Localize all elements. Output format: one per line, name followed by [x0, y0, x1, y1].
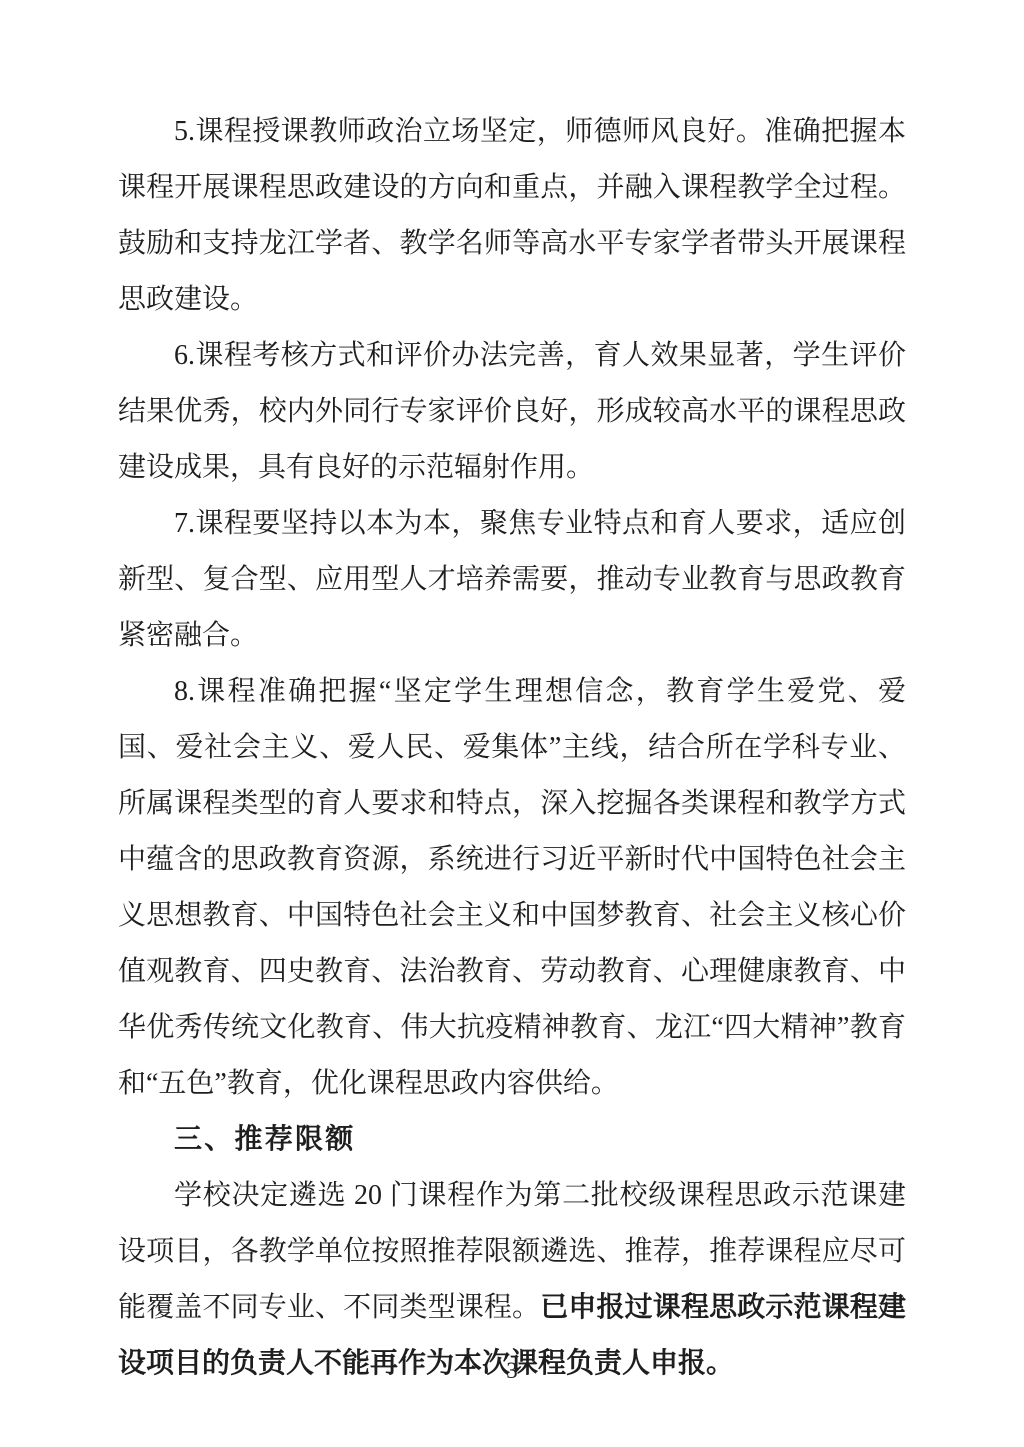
document-page: 5.课程授课教师政治立场坚定，师德师风良好。准确把握本课程开展课程思政建设的方向… [0, 0, 1024, 1447]
section-heading-recommendation-quota: 三、推荐限额 [118, 1112, 906, 1168]
page-number: 3 [0, 1356, 1024, 1386]
paragraph-item-8: 8.课程准确把握“坚定学生理想信念，教育学生爱党、爱国、爱社会主义、爱人民、爱集… [118, 664, 906, 1112]
paragraph-item-5: 5.课程授课教师政治立场坚定，师德师风良好。准确把握本课程开展课程思政建设的方向… [118, 104, 906, 328]
paragraph-item-7: 7.课程要坚持以本为本，聚焦专业特点和育人要求，适应创新型、复合型、应用型人才培… [118, 496, 906, 664]
document-body: 5.课程授课教师政治立场坚定，师德师风良好。准确把握本课程开展课程思政建设的方向… [118, 104, 906, 1392]
paragraph-item-6: 6.课程考核方式和评价办法完善，育人效果显著，学生评价结果优秀，校内外同行专家评… [118, 328, 906, 496]
